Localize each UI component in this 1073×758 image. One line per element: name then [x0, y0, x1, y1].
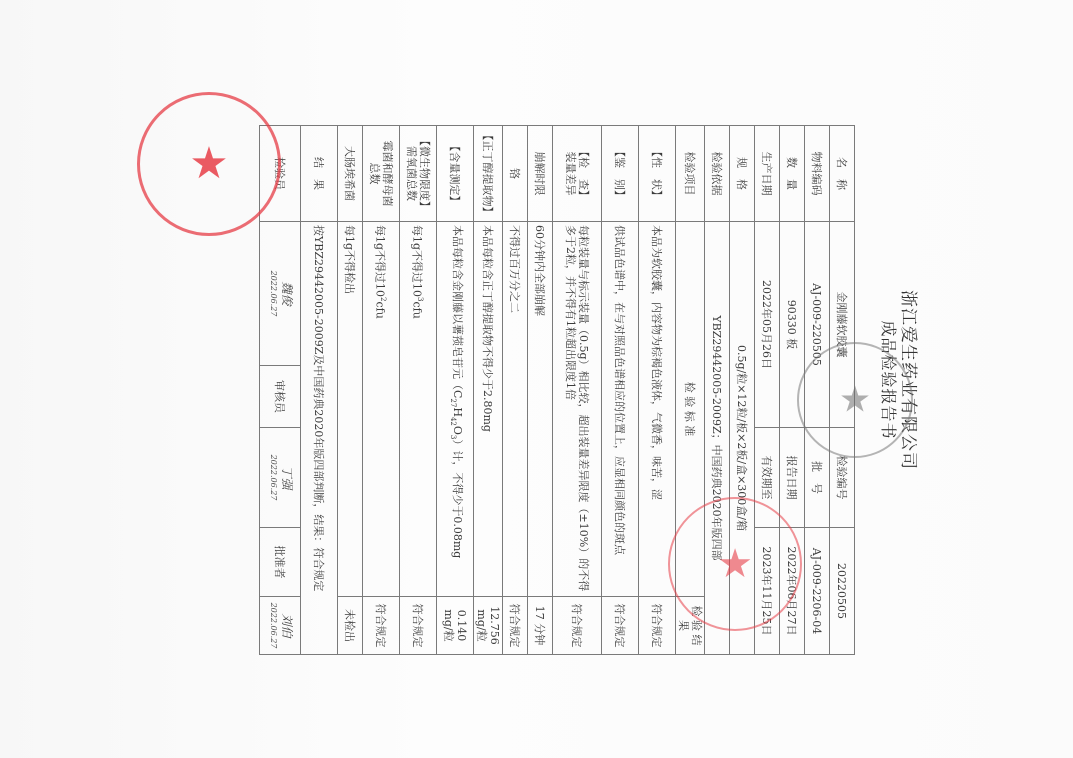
test-item: 大肠埃希菌 — [338, 126, 363, 222]
value-batch-no: AJ-009-2206-04 — [805, 528, 830, 655]
test-item: 崩解时限 — [528, 126, 553, 222]
value-name: 金刚藤软胶囊 — [830, 222, 855, 428]
header-standard: 检 验 标 准 — [676, 222, 705, 597]
test-standard: 每1g不得过102cfu — [363, 222, 400, 597]
test-result: 符合规定 — [363, 597, 400, 655]
test-item: 【鉴 别】 — [602, 126, 639, 222]
label-production-date: 生产日期 — [755, 126, 780, 222]
conclusion-text: 按YBZ29442005-2009Z及中国药典2020年版四部判断，结果：符合规… — [301, 222, 338, 655]
value-inspection-no: 20220505 — [830, 528, 855, 655]
row-signatures: 检验员 魏俊2022.06.27 审核员 丁强2022.06.27 批准者 刘伯… — [260, 126, 301, 655]
test-result: 符合规定 — [639, 597, 676, 655]
test-row: 【正丁醇提取物】 本品每粒含正丁醇提取物不得少于2.80mg 12.756 mg… — [474, 126, 503, 655]
test-row: 【性 状】 本品为软胶囊，内容物为棕褐色液体，气微香，味苦，涩 符合规定 — [639, 126, 676, 655]
test-row: 崩解时限 60分钟内全部崩解 17 分钟 — [528, 126, 553, 655]
test-standard: 每1g不得检出 — [338, 222, 363, 597]
row-basis: 检验依据 YBZ29442005-2009Z；中国药典2020年版四部 — [705, 126, 730, 655]
test-standard: 供试品色谱中，在与对照品色谱相应的位置上，应显相同颜色的斑点 — [602, 222, 639, 597]
test-result: 符合规定 — [553, 597, 602, 655]
test-standard: 每1g不得过103cfu — [400, 222, 437, 597]
test-result: 符合规定 — [503, 597, 528, 655]
test-standard: 本品每粒含正丁醇提取物不得少于2.80mg — [474, 222, 503, 597]
label-inspector: 检验员 — [260, 126, 301, 222]
test-standard: 每粒装量与标示装量（0.5g）相比较，超出装量差异限度（±10%）的不得多于2粒… — [553, 222, 602, 597]
header-result: 检 验 结 果 — [676, 597, 705, 655]
test-item: 【微生物限度】 需氧菌总数 — [400, 126, 437, 222]
value-basis: YBZ29442005-2009Z；中国药典2020年版四部 — [705, 222, 730, 655]
label-quantity: 数 量 — [780, 126, 805, 222]
label-report-date: 报告日期 — [780, 428, 805, 528]
label-conclusion: 结 果 — [301, 126, 338, 222]
test-result: 符合规定 — [602, 597, 639, 655]
test-row: 【微生物限度】 需氧菌总数 每1g不得过103cfu 符合规定 — [400, 126, 437, 655]
test-standard: 60分钟内全部崩解 — [528, 222, 553, 597]
value-report-date: 2022年06月27日 — [780, 528, 805, 655]
test-result: 17 分钟 — [528, 597, 553, 655]
row-column-headers: 检验项目 检 验 标 准 检 验 结 果 — [676, 126, 705, 655]
header-item: 检验项目 — [676, 126, 705, 222]
value-quantity: 90330 板 — [780, 222, 805, 428]
value-production-date: 2022年05月26日 — [755, 222, 780, 428]
value-expiry-date: 2023年11月25日 — [755, 528, 780, 655]
label-basis: 检验依据 — [705, 126, 730, 222]
test-item: 铬 — [503, 126, 528, 222]
label-material-code: 物料编码 — [805, 126, 830, 222]
row-material-code: 物料编码 AJ-009-220505 批 号 AJ-009-2206-04 — [805, 126, 830, 655]
test-item: 【含量测定】 — [437, 126, 474, 222]
label-reviewer: 审核员 — [260, 366, 301, 428]
inspector-signature: 魏俊2022.06.27 — [260, 222, 301, 366]
label-batch-no: 批 号 — [805, 428, 830, 528]
test-row: 【鉴 别】 供试品色谱中，在与对照品色谱相应的位置上，应显相同颜色的斑点 符合规… — [602, 126, 639, 655]
row-specification: 规 格 0.5g/粒×12粒/板×2板/盒×300盒/箱 — [730, 126, 755, 655]
approver-signature: 刘伯2022.06.27 — [260, 597, 301, 655]
test-item: 【检 查】 装量差异 — [553, 126, 602, 222]
test-result: 12.756 mg/粒 — [474, 597, 503, 655]
label-inspection-no: 检验编号 — [830, 428, 855, 528]
company-name: 浙江爱生药业有限公司 — [898, 60, 923, 700]
label-approver: 批准者 — [260, 528, 301, 597]
test-result: 0.140 mg/粒 — [437, 597, 474, 655]
test-standard: 不得过百万分之二 — [503, 222, 528, 597]
label-name: 名 称 — [830, 126, 855, 222]
test-standard: 本品为软胶囊，内容物为棕褐色液体，气微香，味苦，涩 — [639, 222, 676, 597]
inspection-report: 浙江爱生药业有限公司 成品检验报告书 名 称 金刚藤软胶囊 检验编号 20220… — [165, 60, 925, 700]
label-expiry-date: 有效期至 — [755, 428, 780, 528]
test-row: 【检 查】 装量差异 每粒装量与标示装量（0.5g）相比较，超出装量差异限度（±… — [553, 126, 602, 655]
report-title: 成品检验报告书 — [878, 60, 901, 700]
value-specification: 0.5g/粒×12粒/板×2板/盒×300盒/箱 — [730, 222, 755, 655]
test-row: 铬 不得过百万分之二 符合规定 — [503, 126, 528, 655]
row-conclusion: 结 果 按YBZ29442005-2009Z及中国药典2020年版四部判断，结果… — [301, 126, 338, 655]
value-material-code: AJ-009-220505 — [805, 222, 830, 428]
test-row: 霉菌和酵母菌 总数 每1g不得过102cfu 符合规定 — [363, 126, 400, 655]
row-name: 名 称 金刚藤软胶囊 检验编号 20220505 — [830, 126, 855, 655]
test-standard: 本品每粒含金刚藤以薯蓣皂苷元（C27H42O3）计，不得少于0.08mg — [437, 222, 474, 597]
label-specification: 规 格 — [730, 126, 755, 222]
test-row: 大肠埃希菌 每1g不得检出 未检出 — [338, 126, 363, 655]
test-row: 【含量测定】 本品每粒含金刚藤以薯蓣皂苷元（C27H42O3）计，不得少于0.0… — [437, 126, 474, 655]
test-result: 未检出 — [338, 597, 363, 655]
test-item: 霉菌和酵母菌 总数 — [363, 126, 400, 222]
reviewer-signature: 丁强2022.06.27 — [260, 428, 301, 528]
test-item: 【性 状】 — [639, 126, 676, 222]
row-production-date: 生产日期 2022年05月26日 有效期至 2023年11月25日 — [755, 126, 780, 655]
row-quantity: 数 量 90330 板 报告日期 2022年06月27日 — [780, 126, 805, 655]
report-table: 名 称 金刚藤软胶囊 检验编号 20220505 物料编码 AJ-009-220… — [259, 125, 855, 655]
test-item: 【正丁醇提取物】 — [474, 126, 503, 222]
test-result: 符合规定 — [400, 597, 437, 655]
